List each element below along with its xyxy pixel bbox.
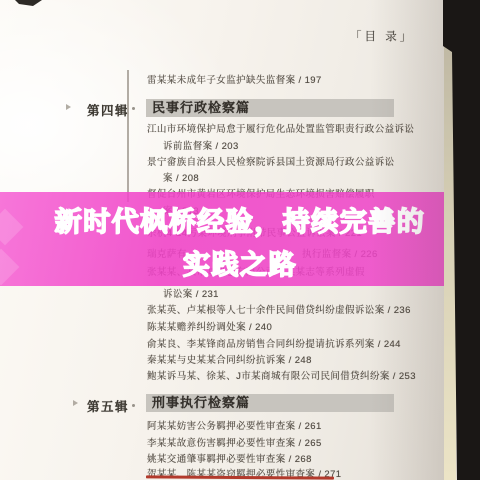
toc-entry: 张某英、卢某根等人七十余件民间借贷纠纷虚假诉讼案 / 236 xyxy=(147,302,411,316)
overlay-title-line1: 新时代枫桥经验，持续完善的 xyxy=(0,200,480,239)
volume-5-arrow-icon xyxy=(73,400,78,406)
toc-entry: 阿某某妨害公务羁押必要性审查案 / 261 xyxy=(147,418,322,432)
toc-entry: 俞某良、李某锋商品房销售合同纠纷提请抗诉系列案 / 244 xyxy=(147,336,401,350)
divider-rule xyxy=(127,70,129,202)
volume-4-arrow-icon xyxy=(66,104,71,110)
section-header-civil: 民事行政检察篇 xyxy=(146,99,394,117)
volume-5-dot-icon xyxy=(132,404,135,407)
toc-entry: 陈某某赡养纠纷调处案 / 240 xyxy=(147,319,272,333)
toc-entry: 诉讼案 / 231 xyxy=(163,286,219,300)
section-header-criminal: 刑事执行检察篇 xyxy=(146,394,394,412)
toc-entry: 诉前监督案 / 203 xyxy=(163,138,239,152)
toc-header-mark: 「目 录」 xyxy=(350,28,414,44)
toc-entry: 鲍某诉马某、徐某、J市某商城有限公司民间借贷纠纷案 / 253 xyxy=(147,368,416,382)
volume-5-label: 第五辑 xyxy=(87,397,129,415)
toc-entry: 案 / 208 xyxy=(163,170,199,184)
toc-entry: 景宁畲族自治县人民检察院诉县国土资源局行政公益诉讼 xyxy=(147,154,395,168)
section-header-criminal-label: 刑事执行检察篇 xyxy=(146,394,394,412)
volume-4-dot-icon xyxy=(132,107,135,110)
volume-4-label: 第四辑 xyxy=(87,101,129,119)
section-header-civil-label: 民事行政检察篇 xyxy=(146,99,394,117)
toc-entry: 秦某某与史某某合同纠纷抗诉案 / 248 xyxy=(147,352,312,366)
toc-entry: 雷某某未成年子女监护缺失监督案 / 197 xyxy=(147,72,322,86)
toc-entry: 李某某故意伤害羁押必要性审查案 / 265 xyxy=(147,435,322,449)
toc-entry: 江山市环境保护局怠于履行危化品处置监管职责行政公益诉讼 xyxy=(147,121,414,135)
toc-entry: 姚某交通肇事羁押必要性审查案 / 268 xyxy=(147,451,312,465)
overlay-title-line2: 实践之路 xyxy=(0,243,480,282)
book-toc-photo: 「目 录」 第四辑 民事行政检察篇 雷某某未成年子女监护缺失监督案 / 197 … xyxy=(0,0,480,480)
